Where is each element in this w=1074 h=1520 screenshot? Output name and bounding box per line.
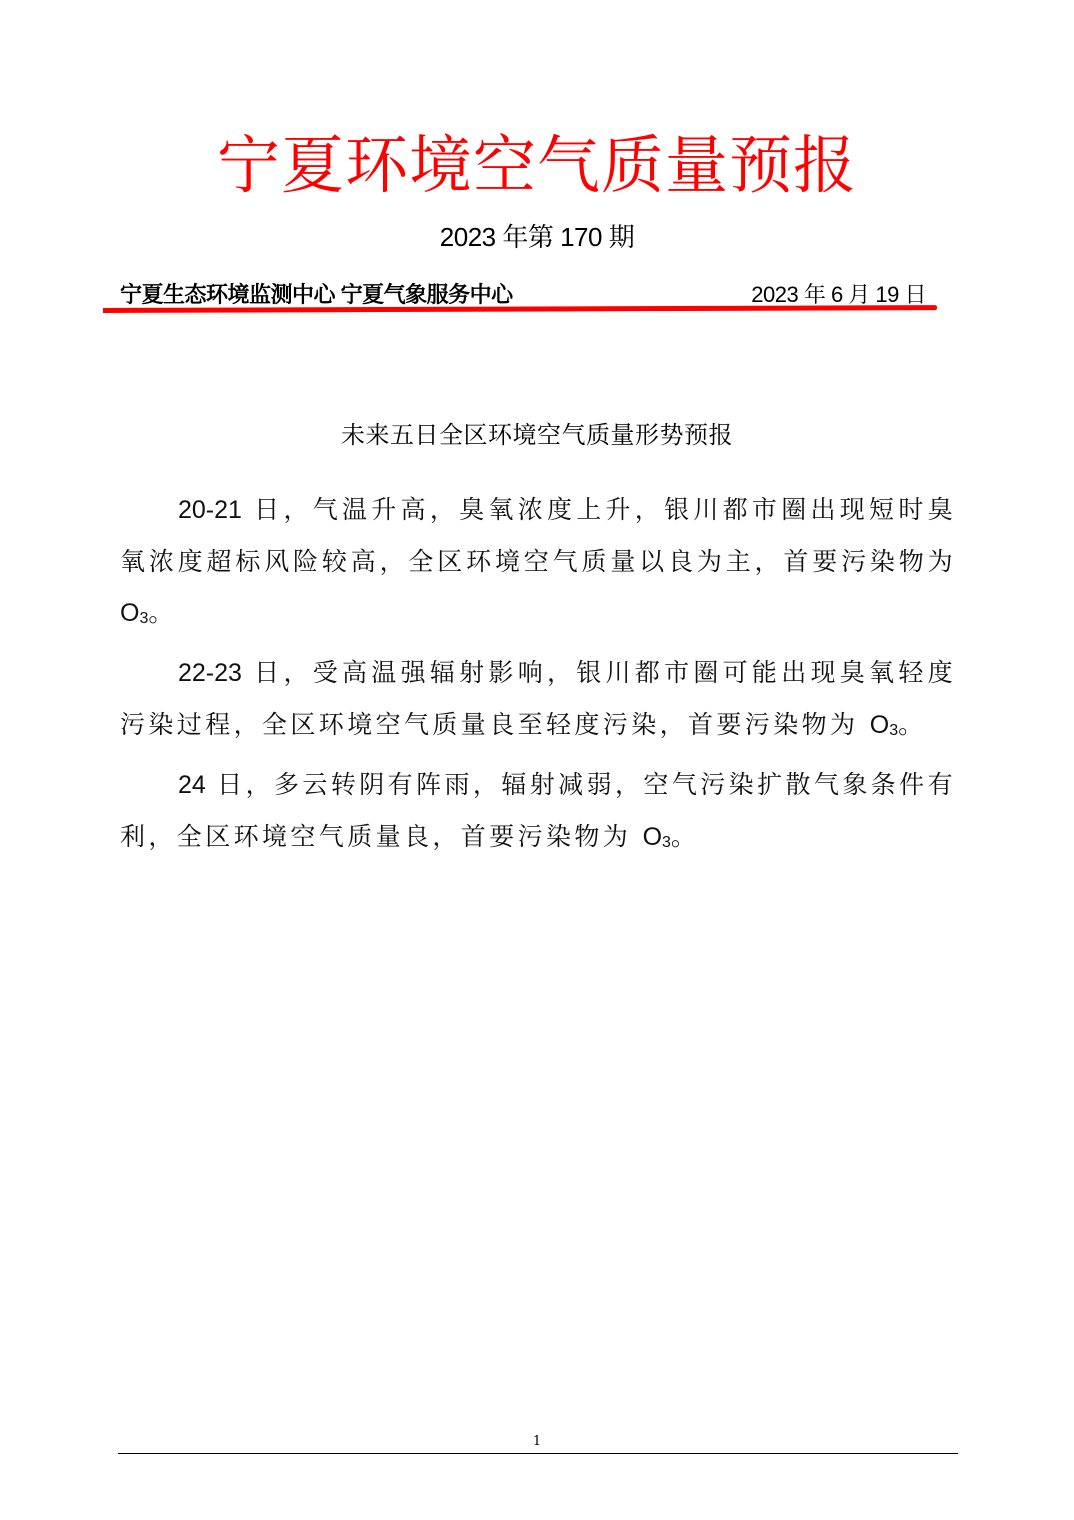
pollutant-formula: O3 [643, 823, 671, 851]
forecast-paragraph: 24 日，多云转阴有阵雨，辐射减弱，空气污染扩散气象条件有利，全区环境空气质量良… [120, 759, 956, 863]
paragraph-tail: 。 [671, 822, 699, 851]
pollutant-formula: O3 [870, 711, 898, 739]
date-range: 24 [178, 771, 206, 799]
date-range: 20-21 [178, 496, 242, 524]
pollutant-subscript: 3 [889, 722, 898, 739]
forecast-paragraph: 20-21 日，气温升高，臭氧浓度上升，银川都市圈出现短时臭氧浓度超标风险较高，… [120, 484, 956, 639]
footer-rule [118, 1453, 958, 1454]
issue-number: 2023 年第 170 期 [0, 220, 1074, 254]
paragraph-text: 日，受高温强辐射影响，银川都市圈可能出现臭氧轻度污染过程，全区环境空气质量良至轻… [120, 658, 956, 739]
document-page: 宁夏环境空气质量预报 2023 年第 170 期 宁夏生态环境监测中心 宁夏气象… [0, 0, 1074, 1520]
forecast-body: 20-21 日，气温升高，臭氧浓度上升，银川都市圈出现短时臭氧浓度超标风险较高，… [120, 484, 956, 871]
paragraph-text: 日，多云转阴有阵雨，辐射减弱，空气污染扩散气象条件有利，全区环境空气质量良，首要… [120, 770, 956, 851]
pollutant-symbol: O [120, 599, 139, 627]
paragraph-tail: 。 [148, 598, 176, 627]
page-number: 1 [0, 1433, 1074, 1451]
section-title: 未来五日全区环境空气质量形势预报 [0, 418, 1074, 452]
pollutant-formula: O3 [120, 599, 148, 627]
issuer-name: 宁夏生态环境监测中心 宁夏气象服务中心 [120, 280, 513, 310]
forecast-paragraph: 22-23 日，受高温强辐射影响，银川都市圈可能出现臭氧轻度污染过程，全区环境空… [120, 647, 956, 751]
date-range: 22-23 [178, 659, 242, 687]
pollutant-subscript: 3 [662, 834, 671, 851]
paragraph-tail: 。 [898, 710, 926, 739]
pollutant-symbol: O [643, 823, 662, 851]
pollutant-symbol: O [870, 711, 889, 739]
masthead-title: 宁夏环境空气质量预报 [0, 128, 1074, 204]
paragraph-text: 日，气温升高，臭氧浓度上升，银川都市圈出现短时臭氧浓度超标风险较高，全区环境空气… [120, 495, 956, 576]
